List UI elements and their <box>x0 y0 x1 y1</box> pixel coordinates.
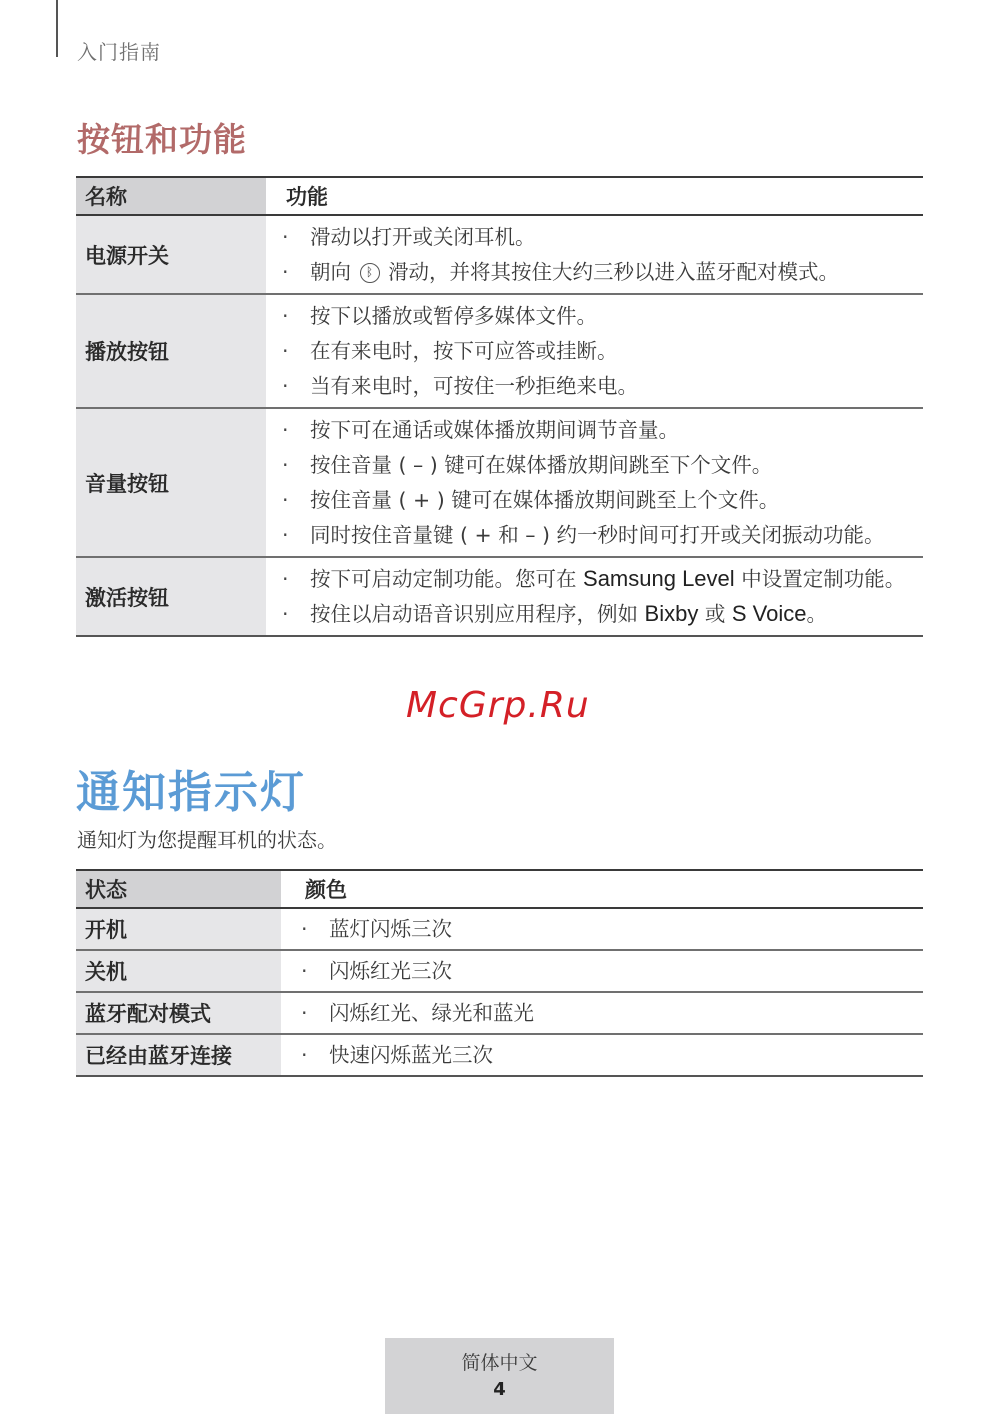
table-row: 已经由蓝牙连接 ·快速闪烁蓝光三次 <box>76 1034 923 1076</box>
bullet-icon: · <box>282 300 289 332</box>
list-item: ·当有来电时，可按住一秒拒绝来电。 <box>280 370 913 402</box>
list-item: ·按下可启动定制功能。您可在 Samsung Level 中设置定制功能。 <box>280 563 913 595</box>
row-name: 电源开关 <box>76 215 266 294</box>
indicator-table: 状态 颜色 开机 ·蓝灯闪烁三次 关机 ·闪烁红光三次 蓝牙配对模式 ·闪烁红光… <box>76 869 923 1077</box>
row-functions: ·按下可启动定制功能。您可在 Samsung Level 中设置定制功能。 ·按… <box>266 557 923 636</box>
row-functions: ·滑动以打开或关闭耳机。 ·朝向 ᛒ 滑动，并将其按住大约三秒以进入蓝牙配对模式… <box>266 215 923 294</box>
table-row: 关机 ·闪烁红光三次 <box>76 950 923 992</box>
list-item: ·闪烁红光、绿光和蓝光 <box>299 996 913 1030</box>
bullet-icon: · <box>282 414 289 446</box>
row-name: 播放按钮 <box>76 294 266 408</box>
row-state: 蓝牙配对模式 <box>76 992 281 1034</box>
list-item: ·快速闪烁蓝光三次 <box>299 1038 913 1072</box>
footer-language: 简体中文 <box>385 1348 614 1375</box>
bullet-icon: · <box>282 484 289 516</box>
buttons-table: 名称 功能 电源开关 ·滑动以打开或关闭耳机。 ·朝向 ᛒ 滑动，并将其按住大约… <box>76 176 923 637</box>
bullet-icon: · <box>301 996 308 1030</box>
table-row: 开机 ·蓝灯闪烁三次 <box>76 908 923 950</box>
bullet-icon: · <box>282 519 289 551</box>
list-item: ·在有来电时，按下可应答或挂断。 <box>280 335 913 367</box>
list-item: ·按下可在通话或媒体播放期间调节音量。 <box>280 414 913 446</box>
list-item: ·闪烁红光三次 <box>299 954 913 988</box>
watermark: McGrp.Ru <box>406 685 590 726</box>
list-item: ·滑动以打开或关闭耳机。 <box>280 221 913 253</box>
row-state: 已经由蓝牙连接 <box>76 1034 281 1076</box>
column-header-color: 颜色 <box>281 870 923 908</box>
page-footer: 简体中文 4 <box>385 1338 614 1414</box>
list-item: ·按住音量 ( + ) 键可在媒体播放期间跳至上个文件。 <box>280 484 913 516</box>
section-title-buttons: 按钮和功能 <box>77 114 247 161</box>
bluetooth-icon: ᛒ <box>360 263 380 283</box>
row-state: 开机 <box>76 908 281 950</box>
chapter-label: 入门指南 <box>77 36 161 65</box>
bullet-icon: · <box>282 449 289 481</box>
bullet-icon: · <box>282 256 289 288</box>
table-row: 蓝牙配对模式 ·闪烁红光、绿光和蓝光 <box>76 992 923 1034</box>
row-functions: ·按下以播放或暂停多媒体文件。 ·在有来电时，按下可应答或挂断。 ·当有来电时，… <box>266 294 923 408</box>
margin-rule <box>56 0 58 57</box>
bullet-icon: · <box>282 335 289 367</box>
row-state: 关机 <box>76 950 281 992</box>
list-item: ·同时按住音量键 ( + 和 – ) 约一秒时间可打开或关闭振动功能。 <box>280 519 913 551</box>
column-header-function: 功能 <box>266 177 923 215</box>
table-header-row: 状态 颜色 <box>76 870 923 908</box>
table-row: 音量按钮 ·按下可在通话或媒体播放期间调节音量。 ·按住音量 ( – ) 键可在… <box>76 408 923 557</box>
row-name: 激活按钮 <box>76 557 266 636</box>
list-item: ·朝向 ᛒ 滑动，并将其按住大约三秒以进入蓝牙配对模式。 <box>280 256 913 288</box>
bullet-icon: · <box>282 598 289 630</box>
bullet-icon: · <box>301 912 308 946</box>
table-row: 播放按钮 ·按下以播放或暂停多媒体文件。 ·在有来电时，按下可应答或挂断。 ·当… <box>76 294 923 408</box>
bullet-icon: · <box>301 1038 308 1072</box>
bullet-icon: · <box>282 221 289 253</box>
list-item: ·蓝灯闪烁三次 <box>299 912 913 946</box>
column-header-state: 状态 <box>76 870 281 908</box>
page-number: 4 <box>385 1379 614 1400</box>
section-title-indicator: 通知指示灯 <box>76 756 306 820</box>
table-row: 电源开关 ·滑动以打开或关闭耳机。 ·朝向 ᛒ 滑动，并将其按住大约三秒以进入蓝… <box>76 215 923 294</box>
column-header-name: 名称 <box>76 177 266 215</box>
row-functions: ·按下可在通话或媒体播放期间调节音量。 ·按住音量 ( – ) 键可在媒体播放期… <box>266 408 923 557</box>
bullet-icon: · <box>301 954 308 988</box>
list-item: ·按住音量 ( – ) 键可在媒体播放期间跳至下个文件。 <box>280 449 913 481</box>
section-intro: 通知灯为您提醒耳机的状态。 <box>77 824 337 853</box>
list-item: ·按下以播放或暂停多媒体文件。 <box>280 300 913 332</box>
bullet-icon: · <box>282 370 289 402</box>
bullet-icon: · <box>282 563 289 595</box>
table-row: 激活按钮 ·按下可启动定制功能。您可在 Samsung Level 中设置定制功… <box>76 557 923 636</box>
row-name: 音量按钮 <box>76 408 266 557</box>
list-item: ·按住以启动语音识别应用程序，例如 Bixby 或 S Voice。 <box>280 598 913 630</box>
table-header-row: 名称 功能 <box>76 177 923 215</box>
